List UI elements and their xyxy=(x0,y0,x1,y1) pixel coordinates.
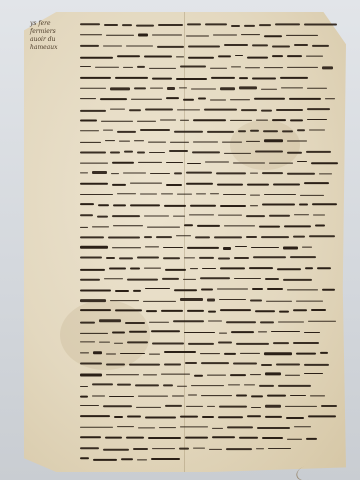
ink-word xyxy=(235,55,243,56)
ink-word xyxy=(126,45,153,46)
ink-word xyxy=(103,130,113,131)
ink-word xyxy=(150,87,163,89)
ink-word xyxy=(112,215,140,217)
handwritten-line xyxy=(80,115,342,126)
ink-word xyxy=(133,448,148,450)
ink-word xyxy=(177,385,187,386)
ink-word xyxy=(262,437,283,438)
ink-word xyxy=(297,130,305,131)
ink-word xyxy=(239,437,258,439)
ink-word xyxy=(176,57,184,58)
ink-word xyxy=(246,140,260,142)
ink-word xyxy=(241,109,257,111)
ink-word xyxy=(283,279,312,281)
ink-word xyxy=(317,267,331,269)
ink-word xyxy=(158,24,183,25)
ink-word xyxy=(114,416,123,418)
ink-word xyxy=(278,322,304,323)
ink-word xyxy=(197,225,220,227)
ink-word xyxy=(208,320,222,322)
ink-word xyxy=(239,87,257,89)
ink-word xyxy=(80,405,99,406)
ink-word xyxy=(254,98,285,100)
ink-word xyxy=(148,141,166,142)
ink-word xyxy=(80,374,102,376)
ink-word xyxy=(174,173,182,175)
ink-word xyxy=(307,108,330,110)
ink-word xyxy=(145,417,176,419)
ink-word xyxy=(126,437,144,439)
ink-word xyxy=(198,98,206,100)
ink-word xyxy=(192,152,220,154)
ink-word xyxy=(144,216,169,217)
ink-word xyxy=(282,130,293,132)
ink-word xyxy=(247,184,269,185)
ink-word xyxy=(80,172,88,173)
ink-word xyxy=(220,267,245,269)
ink-word xyxy=(80,120,97,122)
ink-word xyxy=(252,288,263,290)
ink-word xyxy=(80,246,108,248)
ink-word xyxy=(290,120,303,122)
ink-word xyxy=(138,162,162,163)
ink-word xyxy=(173,320,204,322)
ink-word xyxy=(180,298,203,300)
ink-word xyxy=(218,55,231,57)
ink-word xyxy=(220,309,251,311)
ink-word xyxy=(120,353,145,355)
ink-word xyxy=(137,152,145,154)
handwritten-line xyxy=(80,221,342,232)
ink-word xyxy=(294,426,311,428)
ink-word xyxy=(129,331,147,333)
ink-word xyxy=(224,152,251,153)
ink-word xyxy=(186,35,209,37)
ink-word xyxy=(129,109,141,111)
ink-word xyxy=(220,88,235,90)
ink-word xyxy=(227,426,253,428)
ink-word xyxy=(304,373,323,375)
ink-word xyxy=(80,194,113,195)
ink-word xyxy=(144,268,161,269)
ink-word xyxy=(157,46,184,48)
ink-word xyxy=(135,385,159,387)
handwritten-line xyxy=(80,200,342,211)
ink-word xyxy=(138,34,148,36)
ink-word xyxy=(159,427,176,429)
ink-word xyxy=(190,205,216,207)
ink-word xyxy=(101,120,133,122)
ink-word xyxy=(80,183,108,184)
ink-word xyxy=(110,109,125,110)
ink-word xyxy=(286,417,304,419)
ink-word xyxy=(297,161,307,162)
ink-word xyxy=(183,99,194,101)
ink-word xyxy=(308,416,336,418)
ink-word xyxy=(275,24,300,25)
handwritten-line xyxy=(80,211,342,222)
ink-word xyxy=(92,396,105,397)
ink-word xyxy=(218,258,230,260)
ink-word xyxy=(140,193,157,194)
ink-word xyxy=(99,320,121,322)
ink-word xyxy=(255,150,283,152)
ink-word xyxy=(143,374,157,375)
ink-word xyxy=(184,257,195,258)
ink-word xyxy=(115,77,148,79)
ink-word xyxy=(193,141,218,143)
ink-word xyxy=(80,236,104,238)
handwritten-line xyxy=(80,264,342,275)
ink-word xyxy=(231,66,241,67)
ink-word xyxy=(112,184,126,185)
ink-word xyxy=(219,332,227,333)
ink-word xyxy=(106,353,116,354)
ink-word xyxy=(226,321,256,323)
ink-word xyxy=(186,183,213,184)
ink-word xyxy=(147,226,180,227)
ink-word xyxy=(190,268,198,270)
ink-word xyxy=(304,182,329,184)
ink-word xyxy=(177,193,192,195)
ink-word xyxy=(152,448,175,449)
ink-word xyxy=(185,362,197,364)
ink-word xyxy=(209,449,222,450)
handwritten-line xyxy=(80,338,342,349)
ink-word xyxy=(287,55,302,57)
handwritten-line xyxy=(80,190,342,201)
ink-word xyxy=(80,458,89,460)
ink-word xyxy=(112,162,134,164)
ink-word xyxy=(123,66,133,68)
ink-word xyxy=(95,67,119,68)
handwritten-line xyxy=(80,84,342,95)
ink-word xyxy=(137,257,159,258)
handwritten-line xyxy=(80,31,342,42)
ink-word xyxy=(149,322,169,323)
ink-word xyxy=(80,321,95,323)
ink-word xyxy=(151,458,180,460)
ink-word xyxy=(112,247,141,249)
ink-word xyxy=(269,214,290,216)
ink-word xyxy=(173,216,185,217)
ink-word xyxy=(134,140,144,141)
ink-word xyxy=(80,45,99,47)
ink-word xyxy=(265,278,279,280)
ink-word xyxy=(204,108,237,110)
ink-word xyxy=(184,332,215,333)
ink-word xyxy=(264,67,283,69)
ink-word xyxy=(196,193,206,195)
ink-word xyxy=(261,236,289,238)
ink-word xyxy=(269,163,293,165)
ink-word xyxy=(80,34,102,35)
ink-word xyxy=(180,66,206,68)
ink-word xyxy=(213,34,237,35)
handwritten-line xyxy=(80,73,342,84)
handwritten-line xyxy=(80,52,342,63)
ink-word xyxy=(80,279,100,281)
ink-word xyxy=(137,66,145,68)
ink-word xyxy=(174,130,203,132)
ink-word xyxy=(285,406,317,407)
ink-word xyxy=(92,171,107,173)
ink-word xyxy=(176,236,191,237)
ink-word xyxy=(217,184,243,186)
ink-word xyxy=(150,173,170,174)
ink-word xyxy=(193,120,226,122)
ink-word xyxy=(136,25,154,26)
handwritten-text-body xyxy=(80,20,342,465)
ink-word xyxy=(161,310,183,312)
ink-word xyxy=(117,426,134,428)
ink-word xyxy=(230,120,252,121)
ink-word xyxy=(161,374,190,375)
handwritten-line xyxy=(80,423,342,434)
ink-word xyxy=(304,332,320,333)
ink-word xyxy=(293,235,305,237)
ink-word xyxy=(250,300,262,302)
ink-word xyxy=(167,87,175,89)
ink-word xyxy=(187,163,201,164)
ink-word xyxy=(161,193,173,194)
ink-word xyxy=(170,141,189,143)
ink-word xyxy=(266,300,292,301)
ink-word xyxy=(322,288,335,290)
ink-word xyxy=(264,140,283,142)
ink-word xyxy=(218,341,232,343)
ink-word xyxy=(80,447,99,449)
ink-word xyxy=(224,353,236,355)
ink-word xyxy=(140,129,170,130)
ink-word xyxy=(267,394,286,396)
ink-word xyxy=(287,66,318,68)
ink-word xyxy=(310,396,325,397)
handwritten-line xyxy=(80,232,342,243)
ink-word xyxy=(294,214,309,215)
ink-word xyxy=(80,23,100,25)
ink-word xyxy=(247,56,268,58)
handwritten-line xyxy=(80,274,342,285)
ink-word xyxy=(152,34,182,36)
ink-word xyxy=(92,226,109,228)
ink-word xyxy=(131,98,162,99)
ink-word xyxy=(290,256,316,258)
ink-word xyxy=(217,289,248,290)
ink-word xyxy=(80,77,111,79)
ink-word xyxy=(180,119,189,120)
ink-word xyxy=(306,56,323,57)
ink-word xyxy=(244,384,255,385)
ink-word xyxy=(294,44,308,46)
ink-word xyxy=(250,194,260,196)
ink-word xyxy=(307,88,327,89)
ink-word xyxy=(122,24,132,26)
ink-word xyxy=(220,205,246,207)
ink-word xyxy=(187,247,219,249)
ink-word xyxy=(285,375,300,376)
ink-word xyxy=(127,341,148,343)
ink-word xyxy=(163,258,180,259)
ink-word xyxy=(163,385,173,386)
ink-word xyxy=(283,247,298,249)
handwritten-line xyxy=(80,62,342,73)
ink-word xyxy=(264,35,282,37)
ink-word xyxy=(80,257,102,259)
margin-line: fermiers xyxy=(30,28,80,36)
ink-word xyxy=(309,235,335,237)
ink-word xyxy=(123,172,146,173)
ink-word xyxy=(271,331,300,332)
ink-word xyxy=(80,299,106,301)
ink-word xyxy=(250,205,258,206)
ink-word xyxy=(166,162,183,163)
margin-line: auoir du xyxy=(30,36,80,44)
ink-word xyxy=(169,150,188,152)
ink-word xyxy=(193,448,205,449)
handwritten-line xyxy=(80,147,342,158)
ink-word xyxy=(80,426,113,428)
ink-word xyxy=(306,438,317,440)
ink-word xyxy=(119,258,133,260)
ink-word xyxy=(92,384,113,386)
ink-word xyxy=(308,321,336,322)
ink-word xyxy=(106,35,134,36)
ink-word xyxy=(296,300,323,301)
ink-word xyxy=(244,25,255,27)
ink-word xyxy=(112,332,125,334)
handwritten-line xyxy=(80,242,342,253)
ink-word xyxy=(219,299,246,300)
handwritten-line xyxy=(80,285,342,296)
ink-word xyxy=(127,416,141,417)
ink-word xyxy=(304,364,329,366)
ink-word xyxy=(304,24,337,26)
ink-word xyxy=(234,257,249,259)
ink-word xyxy=(202,416,214,417)
handwritten-line xyxy=(80,348,342,359)
ink-word xyxy=(240,353,260,354)
handwritten-line xyxy=(80,433,342,444)
ink-word xyxy=(130,267,140,269)
ink-word xyxy=(117,193,136,195)
ink-word xyxy=(278,385,311,387)
ink-word xyxy=(216,173,246,175)
ink-word xyxy=(152,342,184,344)
ink-word xyxy=(117,55,140,57)
ink-word xyxy=(117,384,131,386)
handwritten-line xyxy=(80,370,342,381)
margin-line: ys fere xyxy=(30,20,80,28)
ink-word xyxy=(80,437,101,439)
ink-word xyxy=(259,385,274,387)
ink-word xyxy=(187,310,204,311)
ink-word xyxy=(231,25,240,27)
ink-word xyxy=(144,236,152,237)
ink-word xyxy=(130,205,160,206)
ink-word xyxy=(250,172,258,173)
ink-word xyxy=(224,44,248,46)
ink-word xyxy=(264,352,292,354)
ink-word xyxy=(233,363,257,364)
ink-word xyxy=(247,415,261,417)
ink-word xyxy=(208,311,216,313)
ink-word xyxy=(186,172,212,174)
handwritten-line xyxy=(80,253,342,264)
ink-word xyxy=(263,130,278,132)
ink-word xyxy=(129,364,160,365)
ink-word xyxy=(119,141,130,142)
handwritten-line xyxy=(80,126,342,137)
ink-word xyxy=(261,364,272,365)
ink-word xyxy=(188,57,214,59)
handwritten-line xyxy=(80,380,342,391)
handwritten-line xyxy=(80,401,342,412)
ink-word xyxy=(149,68,176,69)
ink-word xyxy=(273,183,300,185)
ink-word xyxy=(98,204,109,206)
ink-word xyxy=(205,24,227,26)
ink-word xyxy=(312,45,329,47)
ink-word xyxy=(306,151,331,153)
ink-word xyxy=(287,152,302,154)
ink-word xyxy=(184,225,193,227)
handwritten-line xyxy=(80,105,342,116)
ink-word xyxy=(80,362,102,364)
ink-word xyxy=(80,110,106,112)
ink-word xyxy=(287,290,318,291)
ink-word xyxy=(134,87,146,89)
ink-word xyxy=(186,406,203,407)
ink-word xyxy=(145,288,170,289)
ink-word xyxy=(210,68,227,69)
ink-word xyxy=(80,57,113,59)
ink-word xyxy=(302,246,312,247)
ink-word xyxy=(300,195,324,196)
ink-word xyxy=(145,108,173,110)
ink-word xyxy=(210,99,226,100)
ink-word xyxy=(177,110,200,111)
ink-word xyxy=(151,331,180,333)
ink-word xyxy=(133,290,141,292)
ink-word xyxy=(296,353,316,355)
ink-word xyxy=(236,343,269,345)
ink-word xyxy=(286,35,318,36)
ink-word xyxy=(277,268,301,270)
ink-word xyxy=(105,140,115,141)
ink-word xyxy=(191,88,216,89)
handwritten-line xyxy=(80,359,342,370)
ink-word xyxy=(137,121,156,122)
ink-word xyxy=(325,98,335,99)
ink-word xyxy=(185,437,208,439)
ink-word xyxy=(305,267,313,269)
ink-word xyxy=(80,415,110,416)
ink-word xyxy=(188,343,214,345)
ink-word xyxy=(251,407,261,408)
ink-word xyxy=(80,98,96,99)
ink-word xyxy=(179,447,189,449)
ink-word xyxy=(279,311,289,312)
handwritten-line xyxy=(80,168,342,179)
ink-word xyxy=(111,173,119,174)
ink-word xyxy=(315,225,325,227)
ink-word xyxy=(109,396,134,397)
handwritten-line xyxy=(80,179,342,190)
ink-word xyxy=(257,427,290,429)
ink-word xyxy=(138,396,168,397)
ink-word xyxy=(251,247,279,248)
